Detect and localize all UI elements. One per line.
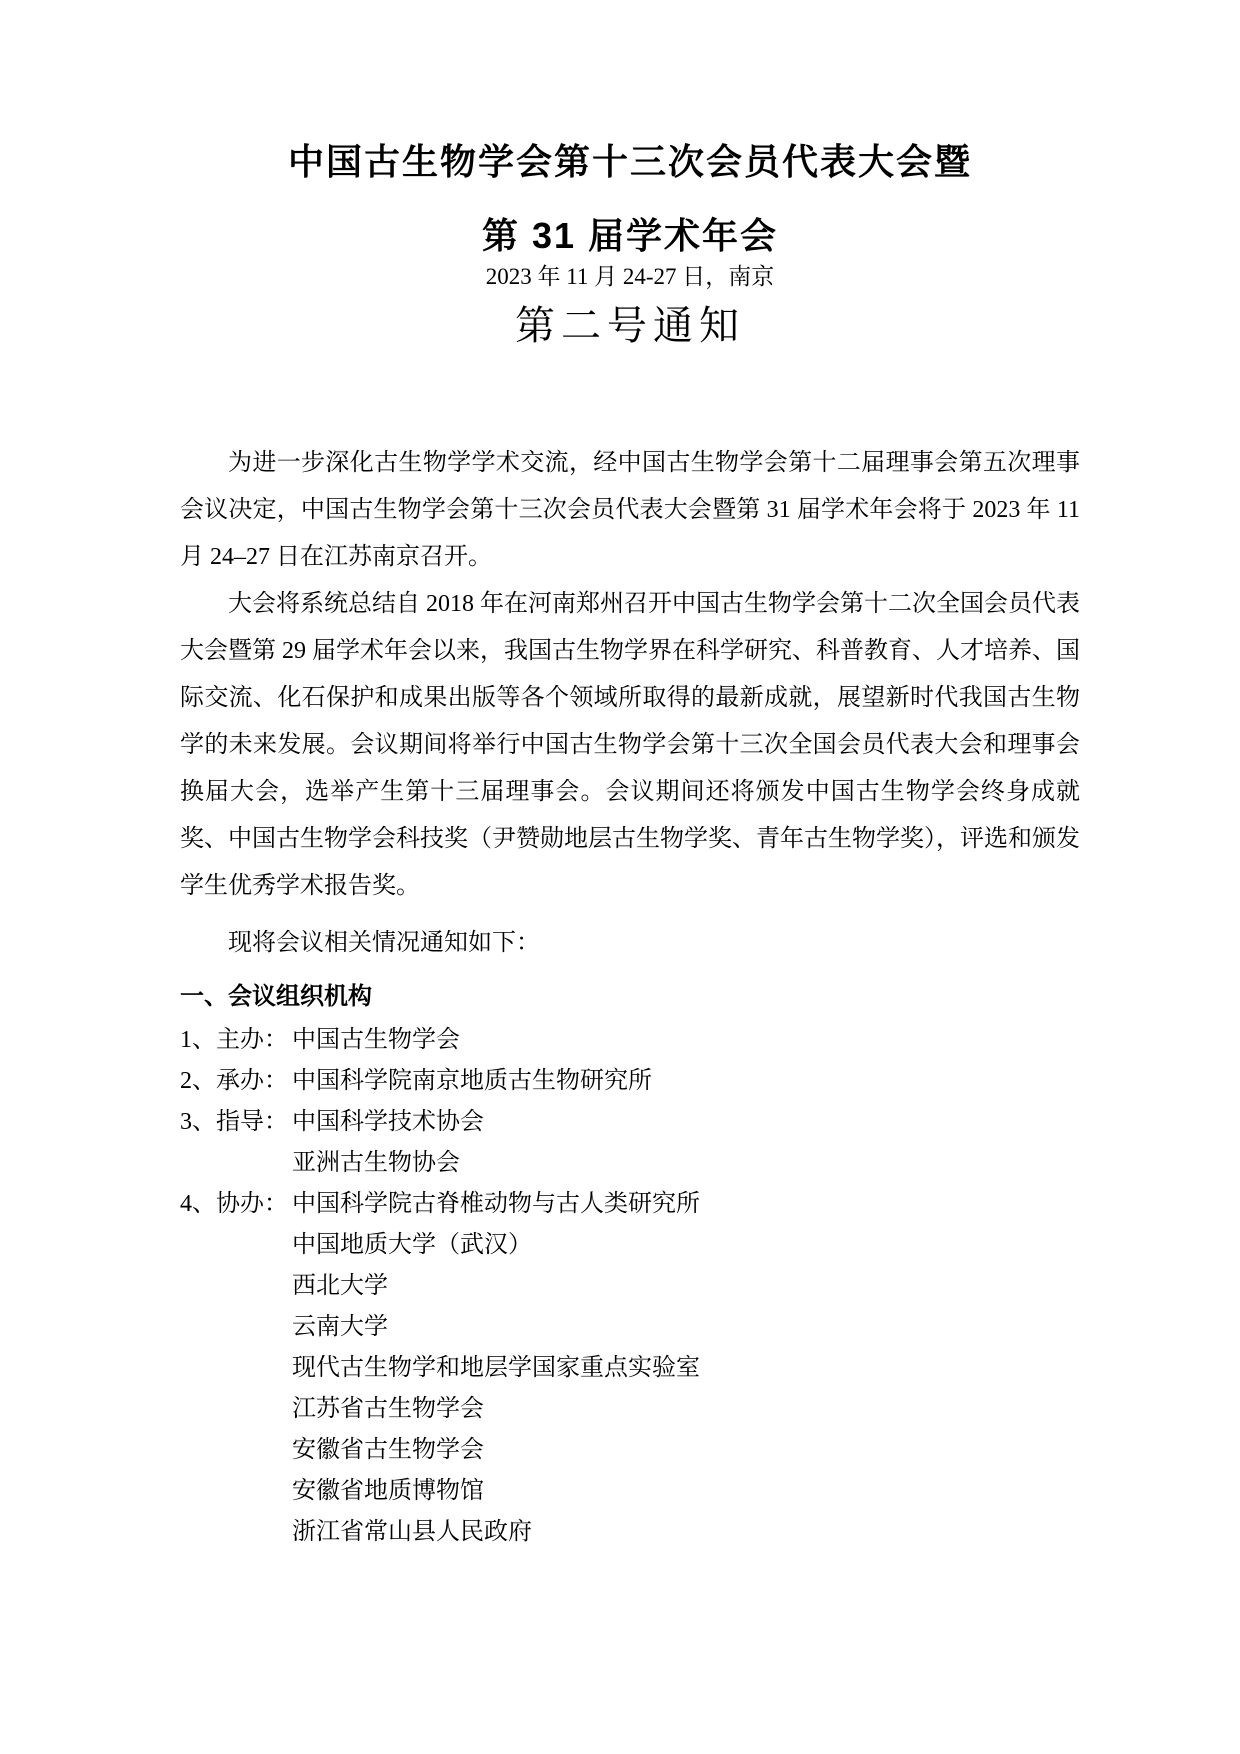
list-item-coorganizer: 4、协办： 中国科学院古脊椎动物与古人类研究所 xyxy=(180,1184,1080,1225)
list-item-organizer: 2、承办： 中国科学院南京地质古生物研究所 xyxy=(180,1061,1080,1102)
list-item-guidance: 3、指导： 中国科学技术协会 xyxy=(180,1102,1080,1143)
page-title-line1: 中国古生物学会第十三次会员代表大会暨 xyxy=(180,140,1080,184)
list-item-label: 1、主办： xyxy=(180,1020,292,1061)
list-item-host: 1、主办： 中国古生物学会 xyxy=(180,1020,1080,1061)
list-item-label-spacer xyxy=(180,1225,292,1266)
list-item-text: 亚洲古生物协会 xyxy=(292,1143,1080,1184)
list-item-label-spacer xyxy=(180,1266,292,1307)
list-item-label-spacer xyxy=(180,1389,292,1430)
date-location-line: 2023 年 11 月 24-27 日，南京 xyxy=(180,262,1080,292)
document-content: 中国古生物学会第十三次会员代表大会暨 第 31 届学术年会 2023 年 11 … xyxy=(180,0,1080,1553)
paragraph-3: 现将会议相关情况通知如下： xyxy=(180,920,1080,967)
list-item-coorganizer-cont: 云南大学 xyxy=(180,1307,1080,1348)
list-item-guidance-cont: 亚洲古生物协会 xyxy=(180,1143,1080,1184)
section-heading-organization: 一、会议组织机构 xyxy=(180,973,1080,1020)
list-item-label-spacer xyxy=(180,1307,292,1348)
list-item-label-spacer xyxy=(180,1430,292,1471)
list-item-coorganizer-cont: 西北大学 xyxy=(180,1266,1080,1307)
list-item-coorganizer-cont: 中国地质大学（武汉） xyxy=(180,1225,1080,1266)
paragraph-2: 大会将系统总结自 2018 年在河南郑州召开中国古生物学会第十二次全国会员代表大… xyxy=(180,581,1080,910)
list-item-label-spacer xyxy=(180,1143,292,1184)
list-item-coorganizer-cont: 浙江省常山县人民政府 xyxy=(180,1512,1080,1553)
organization-list: 1、主办： 中国古生物学会 2、承办： 中国科学院南京地质古生物研究所 3、指导… xyxy=(180,1020,1080,1553)
list-item-text: 西北大学 xyxy=(292,1266,1080,1307)
list-item-label: 4、协办： xyxy=(180,1184,292,1225)
page-title-line2: 第 31 届学术年会 xyxy=(180,214,1080,258)
list-item-text: 现代古生物学和地层学国家重点实验室 xyxy=(292,1348,1080,1389)
list-item-text: 中国科学院古脊椎动物与古人类研究所 xyxy=(292,1184,1080,1225)
body-text: 为进一步深化古生物学学术交流，经中国古生物学会第十二届理事会第五次理事会议决定，… xyxy=(180,440,1080,1553)
list-item-text: 江苏省古生物学会 xyxy=(292,1389,1080,1430)
list-item-label-spacer xyxy=(180,1512,292,1553)
list-item-label: 2、承办： xyxy=(180,1061,292,1102)
document-page: 中国古生物学会第十三次会员代表大会暨 第 31 届学术年会 2023 年 11 … xyxy=(0,0,1240,1754)
list-item-text: 云南大学 xyxy=(292,1307,1080,1348)
list-item-text: 安徽省地质博物馆 xyxy=(292,1471,1080,1512)
notice-title: 第二号通知 xyxy=(180,300,1080,352)
list-item-coorganizer-cont: 安徽省古生物学会 xyxy=(180,1430,1080,1471)
list-item-coorganizer-cont: 安徽省地质博物馆 xyxy=(180,1471,1080,1512)
list-item-text: 中国科学院南京地质古生物研究所 xyxy=(292,1061,1080,1102)
list-item-label-spacer xyxy=(180,1348,292,1389)
list-item-label: 3、指导： xyxy=(180,1102,292,1143)
paragraph-1: 为进一步深化古生物学学术交流，经中国古生物学会第十二届理事会第五次理事会议决定，… xyxy=(180,440,1080,581)
list-item-text: 中国地质大学（武汉） xyxy=(292,1225,1080,1266)
list-item-text: 安徽省古生物学会 xyxy=(292,1430,1080,1471)
list-item-text: 中国科学技术协会 xyxy=(292,1102,1080,1143)
list-item-text: 浙江省常山县人民政府 xyxy=(292,1512,1080,1553)
list-item-text: 中国古生物学会 xyxy=(292,1020,1080,1061)
list-item-coorganizer-cont: 江苏省古生物学会 xyxy=(180,1389,1080,1430)
list-item-coorganizer-cont: 现代古生物学和地层学国家重点实验室 xyxy=(180,1348,1080,1389)
list-item-label-spacer xyxy=(180,1471,292,1512)
